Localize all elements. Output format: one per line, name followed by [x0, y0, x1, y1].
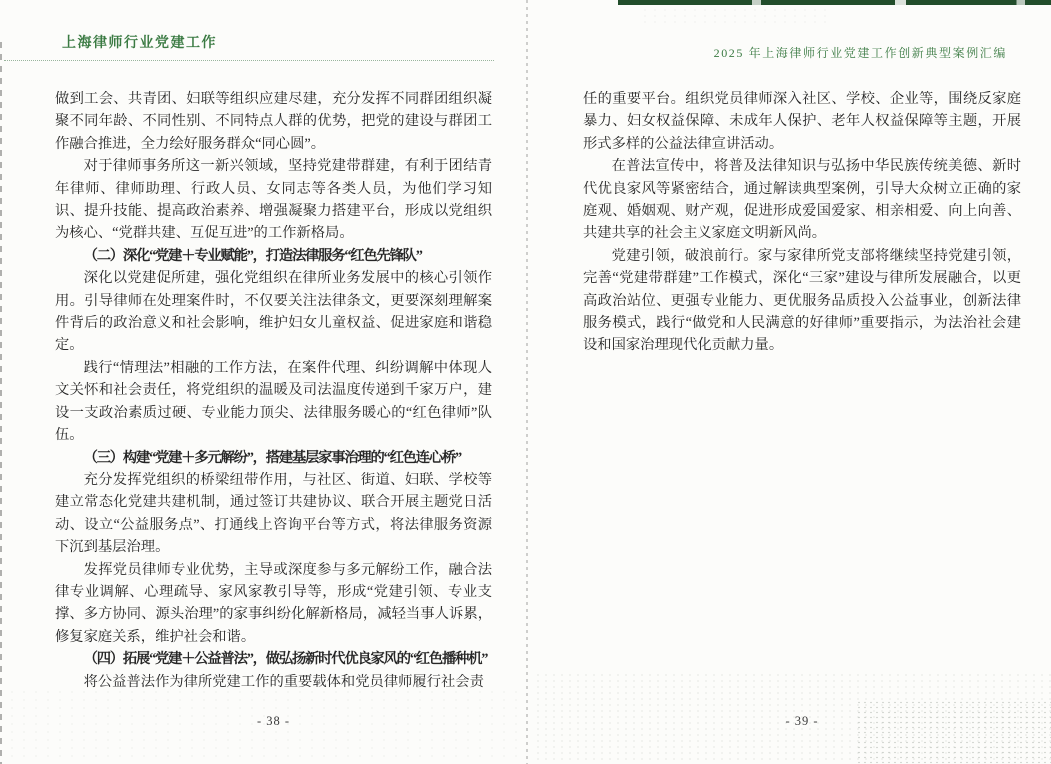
- paragraph-body: 党建引领，破浪前行。家与家律所党支部将继续坚持党建引领，完善“党建带群建”工作模…: [583, 245, 1021, 357]
- scan-left-edge-line: [0, 42, 2, 764]
- paragraph-continuation: 做到工会、共青团、妇联等组织应建尽建，充分发挥不同群团组织凝聚不同年龄、不同性别…: [55, 88, 492, 155]
- left-page: 上海律师行业党建工作 做到工会、共青团、妇联等组织应建尽建，充分发挥不同群团组织…: [55, 0, 492, 764]
- paragraph-body: 充分发挥党组织的桥梁纽带作用，与社区、街道、妇联、学校等建立常态化党建共建机制，…: [55, 469, 492, 559]
- paragraph-body: 在普法宣传中，将普及法律知识与弘扬中华民族传统美德、新时代优良家风等紧密结合，通…: [583, 155, 1021, 245]
- right-running-head: 2025 年上海律师行业党建工作创新典型案例汇编: [714, 44, 1007, 61]
- page-gutter-line: [526, 0, 528, 764]
- paragraph-body: 对于律师事务所这一新兴领域，坚持党建带群建，有利于团结青年律师、律师助理、行政人…: [55, 155, 492, 245]
- paragraph-heading: （三）构建“党建＋多元解纷”，搭建基层家事治理的“红色连心桥”: [55, 447, 492, 469]
- left-page-number: - 38 -: [55, 714, 492, 729]
- paragraph-body: 发挥党员律师专业优势，主导或深度参与多元解纷工作，融合法律专业调解、心理疏导、家…: [55, 559, 492, 649]
- paragraph-body: 深化以党建促所建，强化党组织在律所业务发展中的核心引领作用。引导律师在处理案件时…: [55, 267, 492, 357]
- book-spread-scan: 上海律师行业党建工作 做到工会、共青团、妇联等组织应建尽建，充分发挥不同群团组织…: [0, 0, 1051, 764]
- right-page-number: - 39 -: [583, 714, 1021, 729]
- paragraph-continuation: 任的重要平台。组织党员律师深入社区、学校、企业等，围绕反家庭暴力、妇女权益保障、…: [583, 88, 1021, 155]
- paragraph-heading: （二）深化“党建＋专业赋能”，打造法律服务“红色先锋队”: [55, 245, 492, 267]
- paragraph-body: 践行“情理法”相融的工作方法，在案件代理、纠纷调解中体现人文关怀和社会责任，将党…: [55, 357, 492, 447]
- right-page: 2025 年上海律师行业党建工作创新典型案例汇编 任的重要平台。组织党员律师深入…: [583, 0, 1021, 764]
- paragraph-body: 将公益普法作为律所党建工作的重要载体和党员律师履行社会责: [55, 671, 492, 693]
- left-page-body: 做到工会、共青团、妇联等组织应建尽建，充分发挥不同群团组织凝聚不同年龄、不同性别…: [55, 88, 492, 693]
- paragraph-heading: （四）拓展“党建＋公益普法”，做弘扬新时代优良家风的“红色播种机”: [55, 648, 492, 670]
- left-running-head: 上海律师行业党建工作: [62, 32, 217, 52]
- right-page-body: 任的重要平台。组织党员律师深入社区、学校、企业等，围绕反家庭暴力、妇女权益保障、…: [583, 88, 1021, 357]
